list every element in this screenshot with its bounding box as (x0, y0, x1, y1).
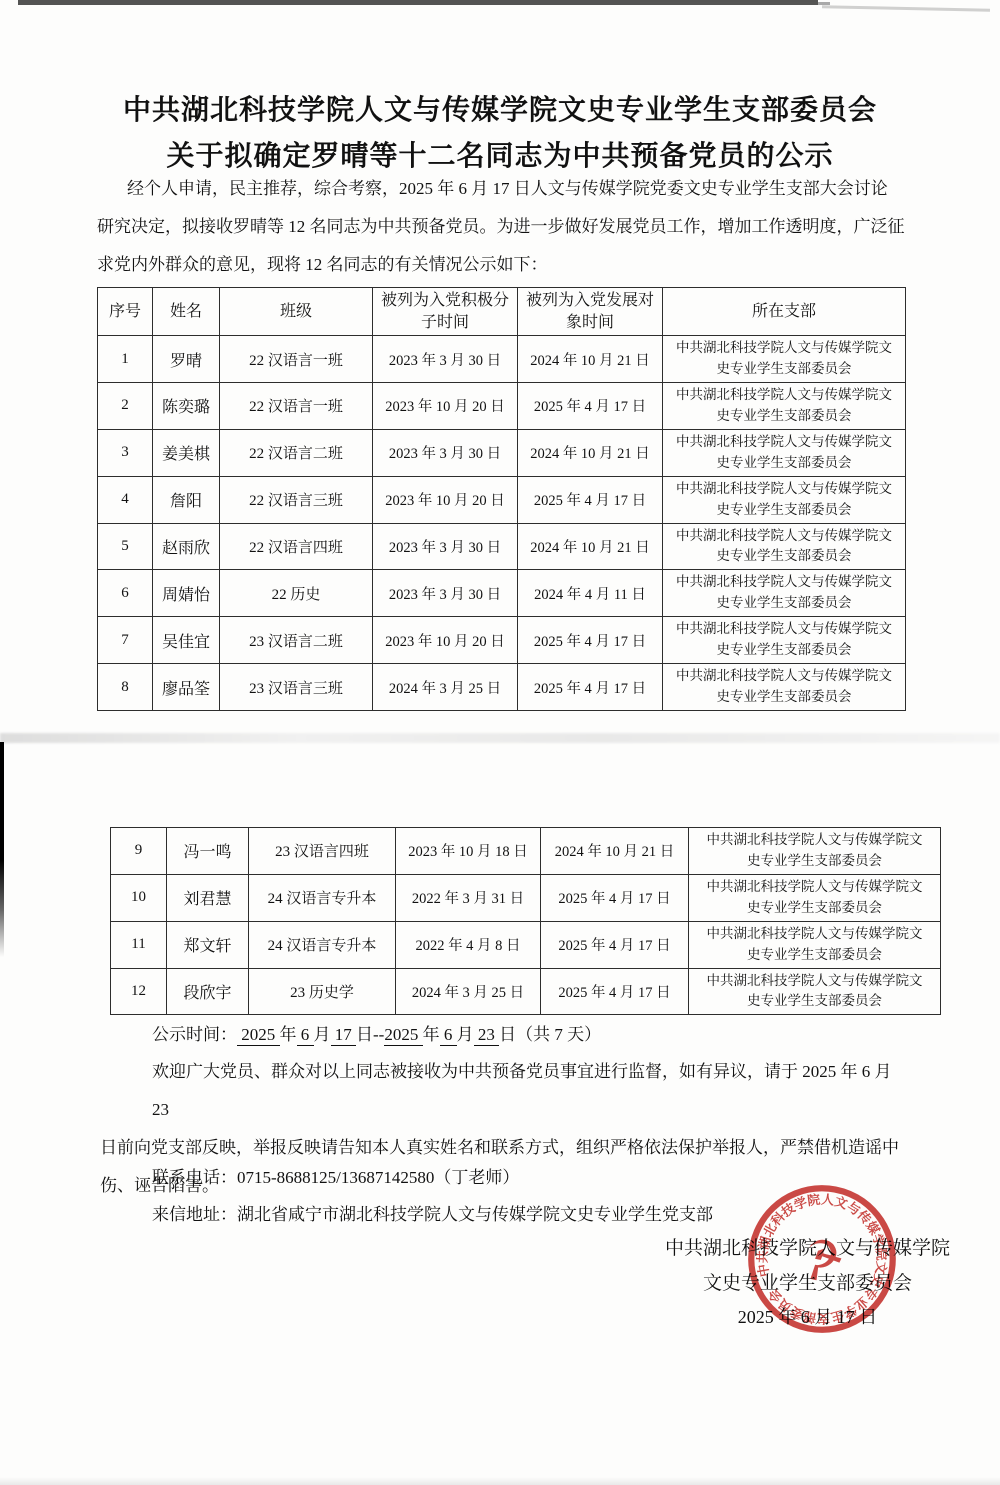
cell-no: 4 (98, 476, 153, 523)
cell-class: 22 汉语言二班 (220, 429, 373, 476)
cell-candidate-date: 2025 年 4 月 17 日 (541, 874, 689, 921)
paper-fold-line (0, 733, 1000, 743)
intro-paragraph: 经个人申请，民主推荐，综合考察，2025 年 6 月 17 日人文与传媒学院党委… (97, 170, 909, 284)
cell-class: 23 汉语言四班 (249, 828, 396, 875)
table-row: 10 刘君慧 24 汉语言专升本 2022 年 3 月 31 日 2025 年 … (111, 874, 941, 921)
cell-candidate-date: 2025 年 4 月 17 日 (541, 968, 689, 1015)
cell-no: 6 (98, 570, 153, 617)
table-row: 5 赵雨欣 22 汉语言四班 2023 年 3 月 30 日 2024 年 10… (98, 523, 906, 570)
cell-branch: 中共湖北科技学院人文与传媒学院文史专业学生支部委员会 (689, 828, 941, 875)
table-row: 8 廖品筌 23 汉语言三班 2024 年 3 月 25 日 2025 年 4 … (98, 664, 906, 711)
branch-line2: 史专业学生支部委员会 (694, 991, 935, 1012)
notice-day2: 23 (474, 1025, 500, 1046)
branch-line1: 中共湖北科技学院人文与传媒学院文 (668, 619, 900, 640)
header-candidate-date: 被列为入党发展对 象时间 (518, 288, 663, 336)
cell-candidate-date: 2024 年 4 月 11 日 (518, 570, 663, 617)
branch-line2: 史专业学生支部委员会 (694, 851, 935, 872)
cell-name: 刘君慧 (167, 874, 249, 921)
table-row: 9 冯一鸣 23 汉语言四班 2023 年 10 月 18 日 2024 年 1… (111, 828, 941, 875)
cell-class: 23 汉语言三班 (220, 664, 373, 711)
cell-name: 段欣宇 (167, 968, 249, 1015)
candidates-table-part2: 9 冯一鸣 23 汉语言四班 2023 年 10 月 18 日 2024 年 1… (110, 827, 941, 1015)
branch-line1: 中共湖北科技学院人文与传媒学院文 (668, 479, 900, 500)
notice-year2: 2025 (384, 1025, 422, 1046)
candidates-table-part1: 序号 姓名 班级 被列为入党积极分 子时间 被列为入党发展对 象时间 所在支部 … (97, 287, 906, 711)
doc-title-line1: 中共湖北科技学院人文与传媒学院文史专业学生支部委员会 (0, 88, 1000, 128)
cell-activist-date: 2022 年 4 月 8 日 (396, 921, 541, 968)
table-row: 4 詹阳 22 汉语言三班 2023 年 10 月 20 日 2025 年 4 … (98, 476, 906, 523)
cell-no: 1 (98, 336, 153, 383)
cell-candidate-date: 2024 年 10 月 21 日 (518, 336, 663, 383)
cell-branch: 中共湖北科技学院人文与传媒学院文史专业学生支部委员会 (663, 383, 906, 430)
header-branch: 所在支部 (663, 288, 906, 336)
cell-branch: 中共湖北科技学院人文与传媒学院文史专业学生支部委员会 (689, 921, 941, 968)
cell-branch: 中共湖北科技学院人文与传媒学院文史专业学生支部委员会 (663, 476, 906, 523)
cell-no: 11 (111, 921, 167, 968)
cell-activist-date: 2023 年 3 月 30 日 (373, 429, 518, 476)
branch-line2: 史专业学生支部委员会 (668, 593, 900, 614)
notice-sep: 月 (314, 1025, 331, 1044)
cell-name: 陈奕璐 (153, 383, 220, 430)
table-row: 2 陈奕璐 22 汉语言一班 2023 年 10 月 20 日 2025 年 4… (98, 383, 906, 430)
notice-sep: 年 (280, 1025, 297, 1044)
cell-name: 罗晴 (153, 336, 220, 383)
table-header-row: 序号 姓名 班级 被列为入党积极分 子时间 被列为入党发展对 象时间 所在支部 (98, 288, 906, 336)
table-row: 6 周婧怡 22 历史 2023 年 3 月 30 日 2024 年 4 月 1… (98, 570, 906, 617)
cell-candidate-date: 2025 年 4 月 17 日 (518, 664, 663, 711)
cell-no: 9 (111, 828, 167, 875)
cell-candidate-date: 2025 年 4 月 17 日 (518, 476, 663, 523)
branch-line2: 史专业学生支部委员会 (668, 359, 900, 380)
cell-activist-date: 2023 年 10 月 18 日 (396, 828, 541, 875)
cell-name: 周婧怡 (153, 570, 220, 617)
branch-line1: 中共湖北科技学院人文与传媒学院文 (668, 432, 900, 453)
notice-sep: 年 (423, 1025, 440, 1044)
cell-no: 10 (111, 874, 167, 921)
notice-sep: 日-- (356, 1025, 384, 1044)
header-activist-date: 被列为入党积极分 子时间 (373, 288, 518, 336)
doc-title-line2: 关于拟确定罗晴等十二名同志为中共预备党员的公示 (0, 134, 1000, 174)
notice-tail: 日（共 7 天） (499, 1025, 601, 1044)
branch-line1: 中共湖北科技学院人文与传媒学院文 (694, 924, 935, 945)
cell-name: 冯一鸣 (167, 828, 249, 875)
cell-candidate-date: 2024 年 10 月 21 日 (518, 429, 663, 476)
branch-line2: 史专业学生支部委员会 (668, 406, 900, 427)
header-no: 序号 (98, 288, 153, 336)
header-class: 班级 (220, 288, 373, 336)
notice-label: 公示时间： (152, 1025, 237, 1044)
table-row: 12 段欣宇 23 历史学 2024 年 3 月 25 日 2025 年 4 月… (111, 968, 941, 1015)
cell-branch: 中共湖北科技学院人文与传媒学院文史专业学生支部委员会 (663, 617, 906, 664)
cell-candidate-date: 2025 年 4 月 17 日 (518, 617, 663, 664)
branch-line2: 史专业学生支部委员会 (668, 453, 900, 474)
cell-class: 23 汉语言二班 (220, 617, 373, 664)
header-candidate-line1: 被列为入党发展对 (523, 290, 657, 312)
scan-artifact-left (0, 742, 4, 957)
cell-name: 廖品筌 (153, 664, 220, 711)
branch-line1: 中共湖北科技学院人文与传媒学院文 (668, 526, 900, 547)
cell-activist-date: 2023 年 10 月 20 日 (373, 476, 518, 523)
branch-line1: 中共湖北科技学院人文与传媒学院文 (668, 572, 900, 593)
cell-activist-date: 2023 年 3 月 30 日 (373, 336, 518, 383)
notice-month2: 6 (440, 1025, 457, 1046)
cell-branch: 中共湖北科技学院人文与传媒学院文史专业学生支部委员会 (663, 429, 906, 476)
cell-class: 24 汉语言专升本 (249, 921, 396, 968)
header-activist-line1: 被列为入党积极分 (378, 290, 512, 312)
cell-name: 赵雨欣 (153, 523, 220, 570)
cell-class: 23 历史学 (249, 968, 396, 1015)
scan-artifact-bottom (0, 1477, 1000, 1485)
notice-month1: 6 (297, 1025, 314, 1046)
hammer-sickle-icon: ☭ (791, 1224, 854, 1295)
branch-line1: 中共湖北科技学院人文与传媒学院文 (668, 666, 900, 687)
cell-activist-date: 2024 年 3 月 25 日 (373, 664, 518, 711)
cell-branch: 中共湖北科技学院人文与传媒学院文史专业学生支部委员会 (663, 523, 906, 570)
cell-name: 詹阳 (153, 476, 220, 523)
contact-phone-line: 联系电话：0715-8688125/13687142580（丁老师） (152, 1163, 519, 1188)
cell-class: 22 汉语言四班 (220, 523, 373, 570)
branch-line1: 中共湖北科技学院人文与传媒学院文 (668, 338, 900, 359)
branch-line2: 史专业学生支部委员会 (668, 500, 900, 521)
notice-sep: 月 (457, 1025, 474, 1044)
scan-artifact-top (640, 2, 830, 5)
cell-class: 22 历史 (220, 570, 373, 617)
cell-activist-date: 2023 年 3 月 30 日 (373, 523, 518, 570)
branch-line1: 中共湖北科技学院人文与传媒学院文 (668, 385, 900, 406)
cell-candidate-date: 2025 年 4 月 17 日 (518, 383, 663, 430)
cell-class: 22 汉语言三班 (220, 476, 373, 523)
notice-year1: 2025 (237, 1025, 280, 1046)
scan-artifact-top (822, 5, 990, 12)
cell-activist-date: 2023 年 3 月 30 日 (373, 570, 518, 617)
cell-branch: 中共湖北科技学院人文与传媒学院文史专业学生支部委员会 (663, 336, 906, 383)
branch-line2: 史专业学生支部委员会 (668, 546, 900, 567)
table-row: 7 吴佳宜 23 汉语言二班 2023 年 10 月 20 日 2025 年 4… (98, 617, 906, 664)
cell-class: 22 汉语言一班 (220, 336, 373, 383)
branch-line1: 中共湖北科技学院人文与传媒学院文 (694, 877, 935, 898)
branch-line2: 史专业学生支部委员会 (668, 687, 900, 708)
intro-line: 研究决定，拟接收罗晴等 12 名同志为中共预备党员。为进一步做好发展党员工作，增… (97, 208, 909, 246)
table-row: 3 姜美棋 22 汉语言二班 2023 年 3 月 30 日 2024 年 10… (98, 429, 906, 476)
cell-class: 22 汉语言一班 (220, 383, 373, 430)
cell-branch: 中共湖北科技学院人文与传媒学院文史专业学生支部委员会 (663, 570, 906, 617)
branch-line2: 史专业学生支部委员会 (694, 945, 935, 966)
cell-class: 24 汉语言专升本 (249, 874, 396, 921)
cell-no: 5 (98, 523, 153, 570)
notice-day1: 17 (331, 1025, 357, 1046)
cell-branch: 中共湖北科技学院人文与传媒学院文史专业学生支部委员会 (689, 874, 941, 921)
cell-activist-date: 2023 年 10 月 20 日 (373, 617, 518, 664)
branch-line2: 史专业学生支部委员会 (694, 898, 935, 919)
table-row: 11 郑文轩 24 汉语言专升本 2022 年 4 月 8 日 2025 年 4… (111, 921, 941, 968)
cell-candidate-date: 2024 年 10 月 21 日 (518, 523, 663, 570)
table-row: 1 罗晴 22 汉语言一班 2023 年 3 月 30 日 2024 年 10 … (98, 336, 906, 383)
cell-branch: 中共湖北科技学院人文与传媒学院文史专业学生支部委员会 (663, 664, 906, 711)
header-name: 姓名 (153, 288, 220, 336)
header-candidate-line2: 象时间 (523, 312, 657, 334)
cell-activist-date: 2023 年 10 月 20 日 (373, 383, 518, 430)
cell-no: 12 (111, 968, 167, 1015)
cell-no: 2 (98, 383, 153, 430)
cell-no: 3 (98, 429, 153, 476)
cell-name: 郑文轩 (167, 921, 249, 968)
supervision-line: 欢迎广大党员、群众对以上同志被接收为中共预备党员事宜进行监督，如有异议，请于 2… (100, 1053, 908, 1129)
cell-no: 7 (98, 617, 153, 664)
cell-activist-date: 2024 年 3 月 25 日 (396, 968, 541, 1015)
cell-activist-date: 2022 年 3 月 31 日 (396, 874, 541, 921)
contact-address-line: 来信地址：湖北省咸宁市湖北科技学院人文与传媒学院文史专业学生党支部 (152, 1200, 713, 1225)
cell-name: 吴佳宜 (153, 617, 220, 664)
cell-candidate-date: 2024 年 10 月 21 日 (541, 828, 689, 875)
header-activist-line2: 子时间 (378, 312, 512, 334)
document-page: 中共湖北科技学院人文与传媒学院文史专业学生支部委员会 关于拟确定罗晴等十二名同志… (0, 0, 1000, 1485)
cell-name: 姜美棋 (153, 429, 220, 476)
branch-line1: 中共湖北科技学院人文与传媒学院文 (694, 971, 935, 992)
intro-line: 经个人申请，民主推荐，综合考察，2025 年 6 月 17 日人文与传媒学院党委… (97, 170, 909, 208)
cell-candidate-date: 2025 年 4 月 17 日 (541, 921, 689, 968)
cell-branch: 中共湖北科技学院人文与传媒学院文史专业学生支部委员会 (689, 968, 941, 1015)
cell-no: 8 (98, 664, 153, 711)
intro-line: 求党内外群众的意见，现将 12 名同志的有关情况公示如下： (97, 246, 909, 284)
notice-period-line: 公示时间： 2025 年 6 月 17 日--2025 年 6 月 23 日（共… (152, 1020, 601, 1045)
branch-line1: 中共湖北科技学院人文与传媒学院文 (694, 830, 935, 851)
branch-line2: 史专业学生支部委员会 (668, 640, 900, 661)
